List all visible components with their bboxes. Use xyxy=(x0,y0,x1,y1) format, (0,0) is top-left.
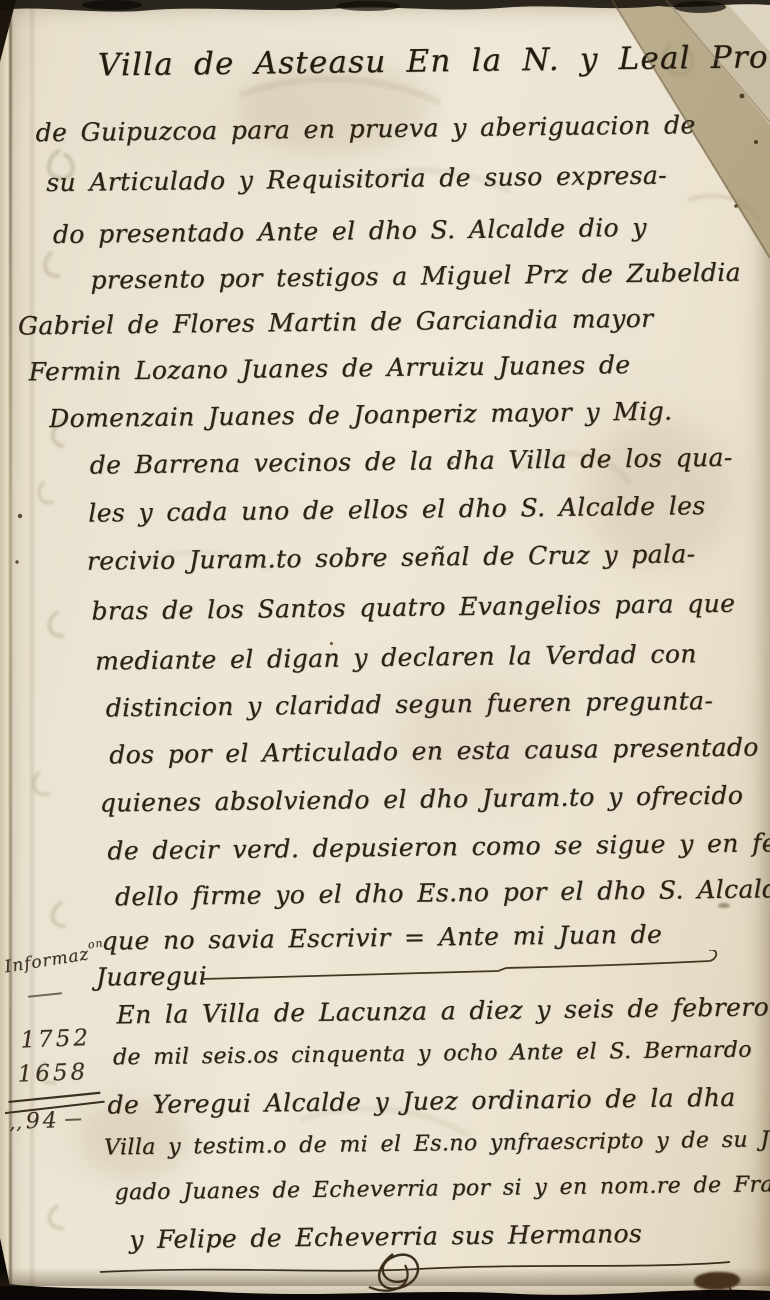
manuscript-text: Villa de Asteasu En la N. y Leal Provinc… xyxy=(0,0,770,1300)
manuscript-line-12: bras de los Santos quatro Evangelios par… xyxy=(91,589,735,626)
manuscript-line-16: quienes absolviendo el dho Juram.to y of… xyxy=(100,781,744,818)
manuscript-line-18: dello firme yo el dho Es.no por el dho S… xyxy=(115,874,770,911)
manuscript-line-15: dos por el Articulado en esta causa pres… xyxy=(109,732,759,769)
manuscript-line-26: y Felipe de Echeverria sus Hermanos xyxy=(129,1219,642,1254)
manuscript-line-17: de decir verd. depusieron como se sigue … xyxy=(107,828,770,865)
calc-subtrahend: 1658 xyxy=(17,1059,88,1087)
calc-result-row: ,,94 xyxy=(9,1107,82,1135)
manuscript-line-2: de Guipuzcoa para en prueva y aberiguaci… xyxy=(36,110,696,147)
calc-result: 94 xyxy=(25,1108,60,1134)
manuscript-line-5: presento por testigos a Miguel Prz de Zu… xyxy=(90,258,741,295)
manuscript-line-14: distincion y claridad segun fueren pregu… xyxy=(106,686,714,722)
ink-speck xyxy=(560,845,563,848)
manuscript-line-9: de Barrena vecinos de la dha Villa de lo… xyxy=(90,443,733,480)
manuscript-line-19: que no savia Escrivir = Ante mi Juan de xyxy=(101,920,662,956)
calc-minuend: 1752 xyxy=(20,1025,91,1053)
scanned-manuscript-page: Villa de Asteasu En la N. y Leal Provinc… xyxy=(0,0,770,1300)
manuscript-line-22: de mil seis.os cinquenta y ocho Ante el … xyxy=(113,1038,752,1071)
manuscript-line-25: gado Juanes de Echeverria por si y en no… xyxy=(114,1172,770,1205)
manuscript-line-4: do presentado Ante el dho S. Alcalde dio… xyxy=(53,213,647,249)
manuscript-line-8: Domenzain Juanes de Joanperiz mayor y Mi… xyxy=(49,397,673,434)
manuscript-line-1: Villa de Asteasu En la N. y Leal Provinc… xyxy=(98,38,770,83)
manuscript-line-23: de Yeregui Alcalde y Juez ordinario de l… xyxy=(107,1083,735,1120)
manuscript-line-13: mediante el digan y declaren la Verdad c… xyxy=(95,639,697,675)
calc-result-dash xyxy=(66,1118,82,1121)
edge-smudge xyxy=(718,903,730,908)
manuscript-line-3: su Articulado y Requisitoria de suso exp… xyxy=(46,161,667,198)
manuscript-line-24: Villa y testim.o de mi el Es.no ynfraesc… xyxy=(104,1127,770,1161)
manuscript-line-20: Juaregui xyxy=(96,961,207,991)
manuscript-line-21: En la Villa de Lacunza a diez y seis de … xyxy=(116,992,769,1029)
manuscript-line-11: recivio Juram.to sobre señal de Cruz y p… xyxy=(87,539,696,575)
manuscript-line-6: Gabriel de Flores Martin de Garciandia m… xyxy=(18,304,654,341)
manuscript-line-10: les y cada uno de ellos el dho S. Alcald… xyxy=(88,491,706,528)
calc-result-prefix: ,, xyxy=(9,1112,23,1133)
margin-note-superscript: on xyxy=(87,936,105,951)
ink-speck xyxy=(330,642,333,645)
manuscript-line-7: Fermin Lozano Juanes de Arruizu Juanes d… xyxy=(28,350,630,386)
